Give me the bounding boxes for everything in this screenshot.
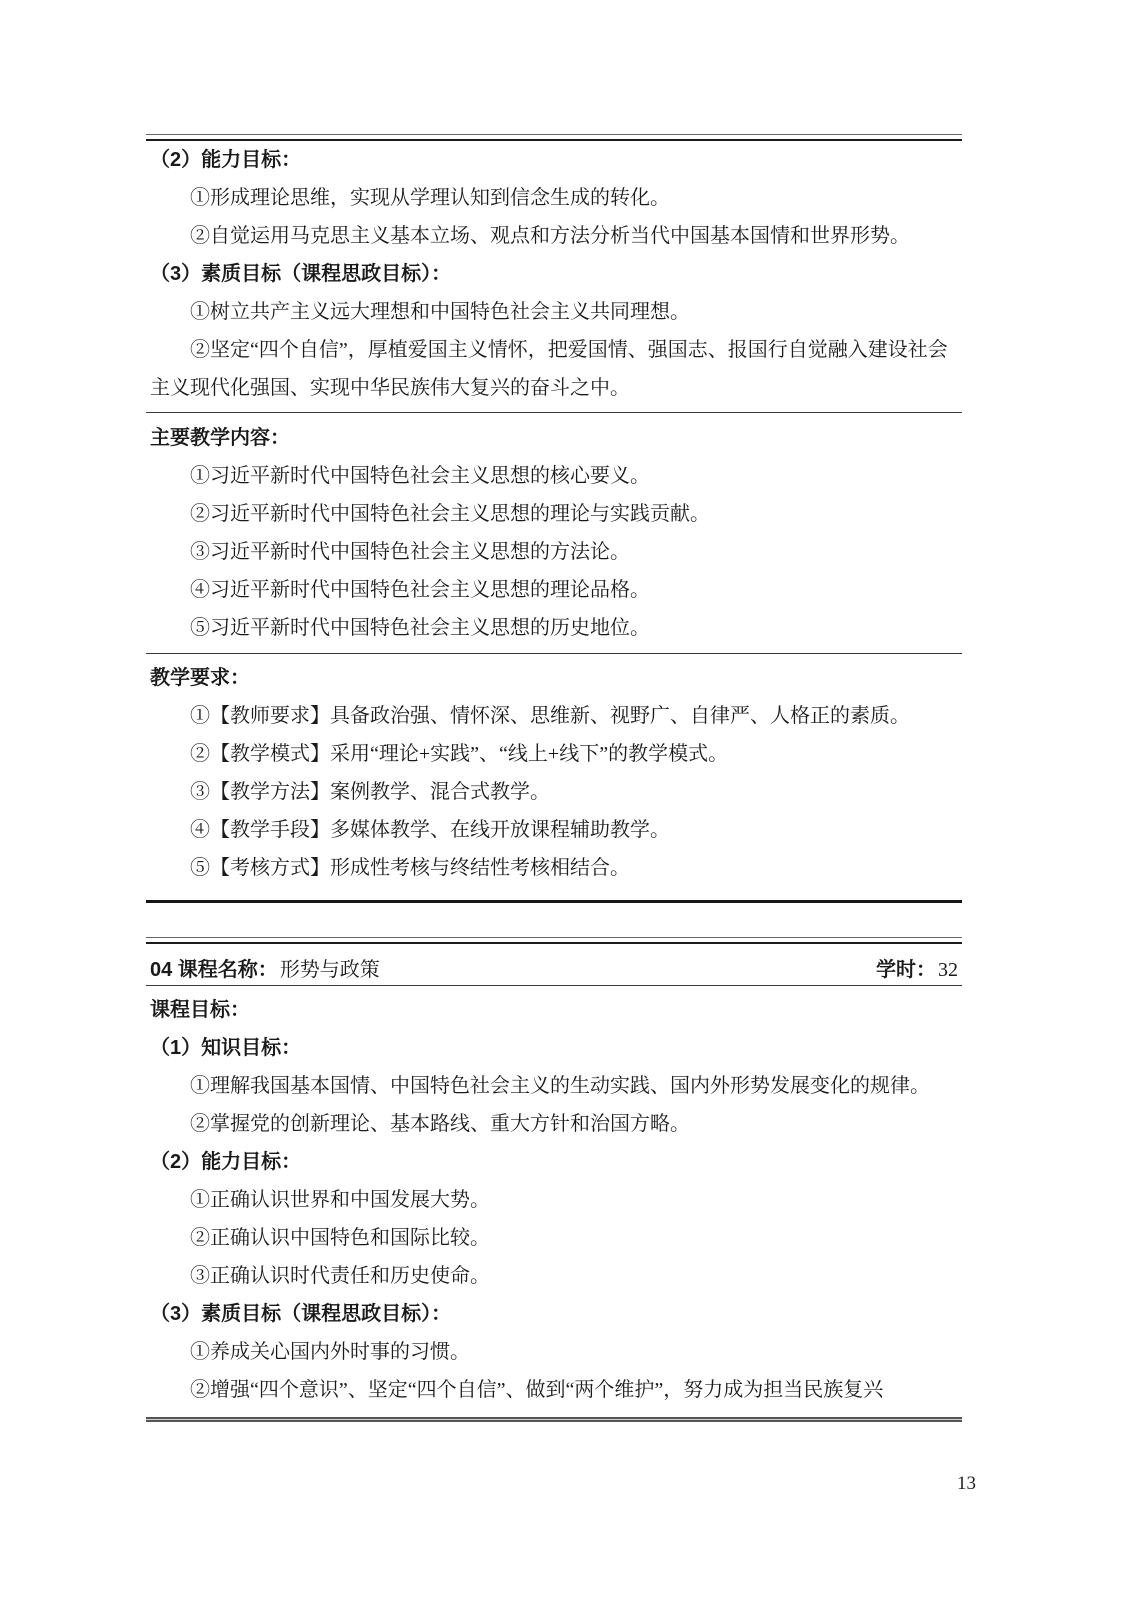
ability-objective-item: ①形成理论思维，实现从学理认知到信念生成的转化。 — [146, 179, 962, 217]
page-bottom-table-divider — [146, 1417, 962, 1422]
page-number: 13 — [146, 1473, 976, 1495]
teaching-requirement-item: ⑤【考核方式】形成性考核与终结性考核相结合。 — [146, 849, 962, 887]
course04-objectives-section: 课程目标： （1）知识目标： ①理解我国基本国情、中国特色社会主义的生动实践、国… — [146, 991, 962, 1409]
course-title: 04 课程名称： 形势与政策 — [150, 951, 380, 989]
teaching-content-item: ①习近平新时代中国特色社会主义思想的核心要义。 — [146, 457, 962, 495]
teaching-requirements-header: 教学要求： — [146, 659, 962, 697]
knowledge-objective-item: ①理解我国基本国情、中国特色社会主义的生动实践、国内外形势发展变化的规律。 — [146, 1067, 962, 1105]
course03-teaching-content-section: 主要教学内容： ①习近平新时代中国特色社会主义思想的核心要义。 ②习近平新时代中… — [146, 419, 962, 647]
quality-objectives-header: （3）素质目标（课程思政目标）： — [146, 1295, 962, 1333]
teaching-content-header: 主要教学内容： — [146, 419, 962, 457]
teaching-content-item: ②习近平新时代中国特色社会主义思想的理论与实践贡献。 — [146, 495, 962, 533]
teaching-content-item: ④习近平新时代中国特色社会主义思想的理论品格。 — [146, 571, 962, 609]
knowledge-objective-item: ②掌握党的创新理论、基本路线、重大方针和治国方略。 — [146, 1105, 962, 1143]
course04-header-row: 04 课程名称： 形势与政策 学时： 32 — [146, 941, 962, 994]
course-objectives-header: 课程目标： — [146, 991, 962, 1029]
quality-objectives-header: （3）素质目标（课程思政目标）： — [146, 255, 962, 293]
teaching-requirement-item: ②【教学模式】采用“理论+实践”、“线上+线下”的教学模式。 — [146, 735, 962, 773]
teaching-requirement-item: ③【教学方法】案例教学、混合式教学。 — [146, 773, 962, 811]
ability-objectives-header: （2）能力目标： — [146, 141, 962, 179]
teaching-content-item: ③习近平新时代中国特色社会主义思想的方法论。 — [146, 533, 962, 571]
teaching-requirement-item: ④【教学手段】多媒体教学、在线开放课程辅助教学。 — [146, 811, 962, 849]
course03-teaching-requirements-section: 教学要求： ①【教师要求】具备政治强、情怀深、思维新、视野广、自律严、人格正的素… — [146, 659, 962, 887]
quality-objective-item: ②增强“四个意识”、坚定“四个自信”、做到“两个维护”，努力成为担当民族复兴 — [146, 1371, 962, 1409]
ability-objective-item: ①正确认识世界和中国发展大势。 — [146, 1181, 962, 1219]
course-name-label: 04 课程名称： — [150, 951, 278, 989]
table-bottom-divider — [146, 900, 962, 903]
course-hours-value: 32 — [938, 951, 958, 989]
ability-objective-item: ②正确认识中国特色和国际比较。 — [146, 1219, 962, 1257]
ability-objective-item: ②自觉运用马克思主义基本立场、观点和方法分析当代中国基本国情和世界形势。 — [146, 217, 962, 255]
section-divider — [146, 653, 962, 654]
course04-header-bottom-divider — [146, 985, 962, 986]
ability-objectives-header: （2）能力目标： — [146, 1143, 962, 1181]
section-divider — [146, 412, 962, 413]
course-hours-label: 学时： — [876, 951, 936, 989]
quality-objective-item: ②坚定“四个自信”，厚植爱国主义情怀，把爱国情、强国志、报国行自觉融入建设社会主… — [146, 331, 962, 407]
knowledge-objectives-header: （1）知识目标： — [146, 1029, 962, 1067]
teaching-requirement-item: ①【教师要求】具备政治强、情怀深、思维新、视野广、自律严、人格正的素质。 — [146, 697, 962, 735]
quality-objective-item: ①树立共产主义远大理想和中国特色社会主义共同理想。 — [146, 293, 962, 331]
teaching-content-item: ⑤习近平新时代中国特色社会主义思想的历史地位。 — [146, 609, 962, 647]
course03-objectives-section: （2）能力目标： ①形成理论思维，实现从学理认知到信念生成的转化。 ②自觉运用马… — [146, 141, 962, 407]
course-name-value: 形势与政策 — [280, 951, 380, 989]
ability-objective-item: ③正确认识时代责任和历史使命。 — [146, 1257, 962, 1295]
course-hours: 学时： 32 — [876, 951, 958, 989]
quality-objective-item: ①养成关心国内外时事的习惯。 — [146, 1333, 962, 1371]
top-double-divider — [146, 134, 962, 141]
